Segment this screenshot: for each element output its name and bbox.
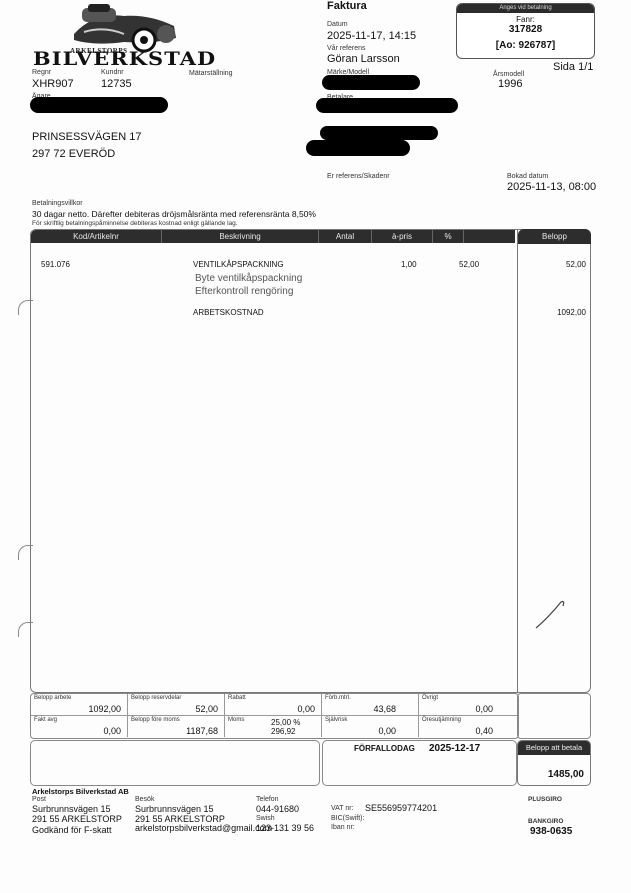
row-amount: 1092,00 xyxy=(557,308,586,317)
address-street: PRINSESSVÄGEN 17 xyxy=(32,131,141,143)
row-description: VENTILKÅPSPACKNING xyxy=(193,260,284,269)
footer-vat: SE556959774201 xyxy=(365,803,437,813)
summary-discount: Rabatt 0,00 xyxy=(225,694,322,716)
summary-labor: Belopp arbete 1092,00 xyxy=(31,694,128,716)
page-indicator: Sida 1/1 xyxy=(553,61,593,73)
document-title: Faktura xyxy=(327,0,367,12)
address-city: 297 72 EVERÖD xyxy=(32,148,115,160)
redacted-payer xyxy=(316,98,458,113)
regnr-label: Regnr xyxy=(32,69,51,76)
kundnr-value: 12735 xyxy=(101,78,132,90)
amount-due-box: Belopp att betala 1485,00 xyxy=(517,740,591,786)
col-price: à-pris xyxy=(372,230,433,243)
redacted-payer-address-1 xyxy=(320,126,438,140)
blank-message-box xyxy=(30,740,320,786)
col-pct: % xyxy=(433,230,464,243)
footer-ftax: Godkänd för F-skatt xyxy=(32,825,112,835)
fanr-label: Fanr: xyxy=(457,15,594,24)
amount-due-label: Belopp att betala xyxy=(518,741,590,755)
col-amount: Belopp xyxy=(518,229,591,244)
punch-hole-mark xyxy=(18,622,33,637)
summary-grid: Belopp arbete 1092,00 Belopp reservdelar… xyxy=(30,693,519,739)
footer-bic-label: BIC(Swift): xyxy=(331,815,364,822)
footer-post-label: Post xyxy=(32,796,46,803)
footer-company: Arkelstorps Bilverkstad AB xyxy=(32,787,129,796)
summary-consumables: Förb.mtrl. 43,68 xyxy=(322,694,419,716)
payment-box-header: Anges vid betalning xyxy=(457,4,594,13)
terms-note: För skriftlig betalningspåminnelse debit… xyxy=(32,220,238,227)
due-date: 2025-12-17 xyxy=(429,743,480,754)
footer-swish: 123-131 39 56 xyxy=(256,823,314,833)
our-ref-value: Göran Larsson xyxy=(327,53,400,65)
summary-pre-vat: Belopp före moms 1187,68 xyxy=(128,716,225,737)
row-note: Efterkontroll rengöring xyxy=(195,286,293,297)
summary-parts: Belopp reservdelar 52,00 xyxy=(128,694,225,716)
handwritten-mark-icon xyxy=(533,598,567,632)
due-date-box: FÖRFALLODAG 2025-12-17 xyxy=(322,740,517,786)
line-items-table: Kod/Artikelnr Beskrivning Antal à-pris %… xyxy=(30,229,591,693)
row-note: Byte ventilkåpspackning xyxy=(195,273,302,284)
amount-due-value: 1485,00 xyxy=(548,769,584,780)
col-qty: Antal xyxy=(319,230,372,243)
ao-value: [Ao: 926787] xyxy=(457,40,594,51)
your-ref-label: Er referens/Skadenr xyxy=(327,173,390,180)
footer-phone-label: Telefon xyxy=(256,796,279,803)
year-value: 1996 xyxy=(498,78,522,90)
footer-visit-street: Surbrunnsvägen 15 xyxy=(135,804,214,814)
fanr-value: 317828 xyxy=(457,24,594,35)
punch-hole-mark xyxy=(18,545,33,560)
date-label: Datum xyxy=(327,21,348,28)
summary-other: Övrigt 0,00 xyxy=(419,694,517,716)
col-code: Kod/Artikelnr xyxy=(31,230,162,243)
due-label: FÖRFALLODAG xyxy=(354,744,415,753)
table-header: Kod/Artikelnr Beskrivning Antal à-pris % xyxy=(31,230,515,243)
year-label: Årsmodell xyxy=(493,71,524,78)
footer-email: arkelstorpsbilverkstad@gmail.com xyxy=(135,823,272,833)
kundnr-label: Kundnr xyxy=(101,69,124,76)
footer-visit-label: Besök xyxy=(135,796,154,803)
summary-rounding: Öresutjämning 0,40 xyxy=(419,716,517,737)
booked-value: 2025-11-13, 08:00 xyxy=(507,181,596,193)
footer-plusgiro-label: PLUSGIRO xyxy=(528,796,562,803)
row-amount: 52,00 xyxy=(566,260,586,269)
row-price: 52,00 xyxy=(459,260,479,269)
logo-title: BILVERKSTAD xyxy=(33,48,216,70)
summary-deductible: Självrisk 0,00 xyxy=(322,716,419,737)
row-code: 591.076 xyxy=(41,260,70,269)
footer-post-street: Surbrunnsvägen 15 xyxy=(32,804,111,814)
our-ref-label: Vår referens xyxy=(327,45,366,52)
booked-label: Bokad datum xyxy=(507,173,548,180)
terms-text: 30 dagar netto. Därefter debiteras dröjs… xyxy=(32,209,316,219)
blank-box xyxy=(517,693,591,739)
redacted-make-model xyxy=(322,75,420,90)
punch-hole-mark xyxy=(18,300,33,315)
footer-swish-label: Swish xyxy=(256,815,275,822)
redacted-owner xyxy=(30,97,168,113)
footer-bankgiro-label: BANKGIRO xyxy=(528,818,563,825)
footer-post-city: 291 55 ARKELSTORP xyxy=(32,814,122,824)
regnr-value: XHR907 xyxy=(32,78,74,90)
footer-bankgiro: 938-0635 xyxy=(530,826,572,837)
footer-vat-label: VAT nr: xyxy=(331,805,354,812)
row-description: ARBETSKOSTNAD xyxy=(193,308,264,317)
odometer-label: Mätarställning xyxy=(189,70,233,77)
summary-vat: Moms 25,00 % 296,92 xyxy=(225,716,322,737)
col-description: Beskrivning xyxy=(162,230,319,243)
footer-iban-label: Iban nr: xyxy=(331,824,355,831)
date-value: 2025-11-17, 14:15 xyxy=(327,30,416,42)
row-qty: 1,00 xyxy=(401,260,417,269)
summary-fee: Fakt avg 0,00 xyxy=(31,716,128,737)
terms-label: Betalningsvillkor xyxy=(32,200,83,207)
payment-reference-box: Anges vid betalning Fanr: 317828 [Ao: 92… xyxy=(456,3,595,59)
footer-phone: 044-91680 xyxy=(256,804,299,814)
redacted-payer-address-2 xyxy=(306,140,410,156)
